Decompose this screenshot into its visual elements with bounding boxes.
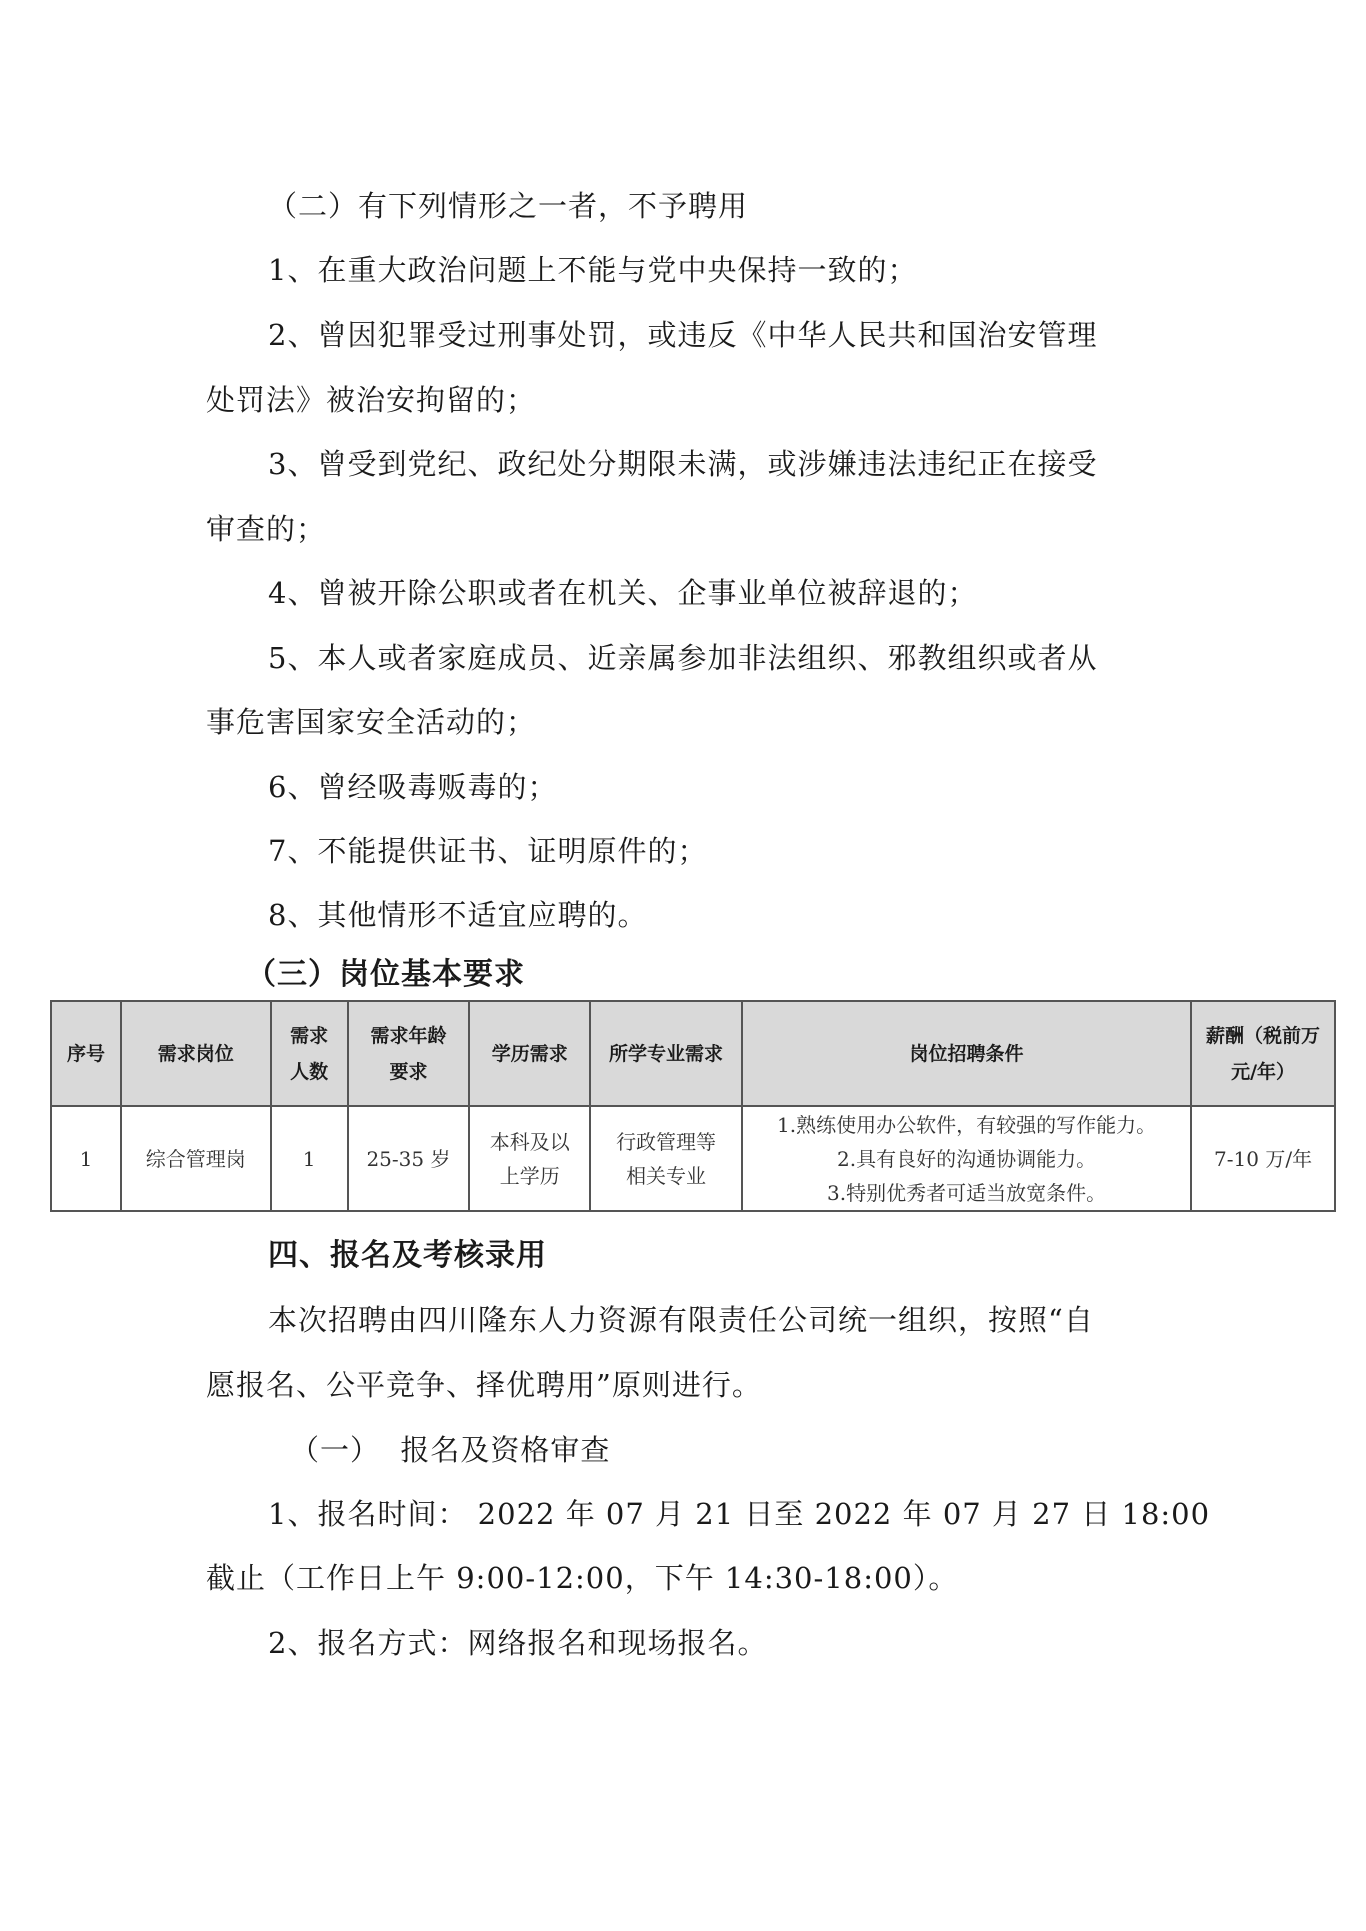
section-two-heading: （二）有下列情形之一者，不予聘用 (268, 186, 748, 226)
paragraph-line: 本次招聘由四川隆东人力资源有限责任公司统一组织，按照“自 (268, 1300, 1094, 1340)
cell-conditions: 1.熟练使用办公软件，有较强的写作能力。 2.具有良好的沟通协调能力。 3.特别… (742, 1106, 1191, 1211)
header-count: 需求 人数 (271, 1001, 348, 1106)
table-row: 1 综合管理岗 1 25-35 岁 本科及以 上学历 行政管理等 相关专业 1.… (51, 1106, 1335, 1211)
cell-age: 25-35 岁 (348, 1106, 470, 1211)
cell-major: 行政管理等 相关专业 (590, 1106, 742, 1211)
list-item-continued: 事危害国家安全活动的； (206, 702, 536, 742)
requirements-table: 序号 需求岗位 需求 人数 需求年龄 要求 学历需求 所学专业需求 岗位招聘条件… (50, 1000, 1336, 1212)
cell-index: 1 (51, 1106, 121, 1211)
list-item: 6、曾经吸毒贩毒的； (268, 767, 557, 807)
list-item: 7、不能提供证书、证明原件的； (268, 831, 707, 871)
header-index: 序号 (51, 1001, 121, 1106)
cell-position: 综合管理岗 (121, 1106, 271, 1211)
header-conditions: 岗位招聘条件 (742, 1001, 1191, 1106)
registration-time: 1、报名时间： 2022 年 07 月 21 日至 2022 年 07 月 27… (268, 1494, 1210, 1534)
section-three-heading: （三）岗位基本要求 (246, 955, 525, 995)
sub-heading: （一） 报名及资格审查 (290, 1430, 610, 1470)
list-item: 8、其他情形不适宜应聘的。 (268, 895, 647, 935)
list-item: 1、在重大政治问题上不能与党中央保持一致的； (268, 250, 917, 290)
cell-count: 1 (271, 1106, 348, 1211)
header-salary: 薪酬（税前万 元/年） (1191, 1001, 1335, 1106)
header-position: 需求岗位 (121, 1001, 271, 1106)
registration-time-continued: 截止（工作日上午 9:00-12:00，下午 14:30-18:00）。 (206, 1558, 958, 1598)
list-item-continued: 审查的； (206, 509, 326, 549)
list-item-continued: 处罚法》被治安拘留的； (206, 380, 536, 420)
list-item: 5、本人或者家庭成员、近亲属参加非法组织、邪教组织或者从 (268, 638, 1097, 678)
list-item: 2、曾因犯罪受过刑事处罚，或违反《中华人民共和国治安管理 (268, 315, 1097, 355)
header-education: 学历需求 (469, 1001, 590, 1106)
table-header-row: 序号 需求岗位 需求 人数 需求年龄 要求 学历需求 所学专业需求 岗位招聘条件… (51, 1001, 1335, 1106)
header-major: 所学专业需求 (590, 1001, 742, 1106)
paragraph-line: 愿报名、公平竞争、择优聘用”原则进行。 (206, 1365, 762, 1405)
header-age: 需求年龄 要求 (348, 1001, 470, 1106)
list-item: 3、曾受到党纪、政纪处分期限未满，或涉嫌违法违纪正在接受 (268, 444, 1097, 484)
cell-salary: 7-10 万/年 (1191, 1106, 1335, 1211)
registration-method: 2、报名方式：网络报名和现场报名。 (268, 1623, 767, 1663)
section-four-heading: 四、报名及考核录用 (268, 1236, 547, 1276)
cell-education: 本科及以 上学历 (469, 1106, 590, 1211)
list-item: 4、曾被开除公职或者在机关、企事业单位被辞退的； (268, 573, 977, 613)
